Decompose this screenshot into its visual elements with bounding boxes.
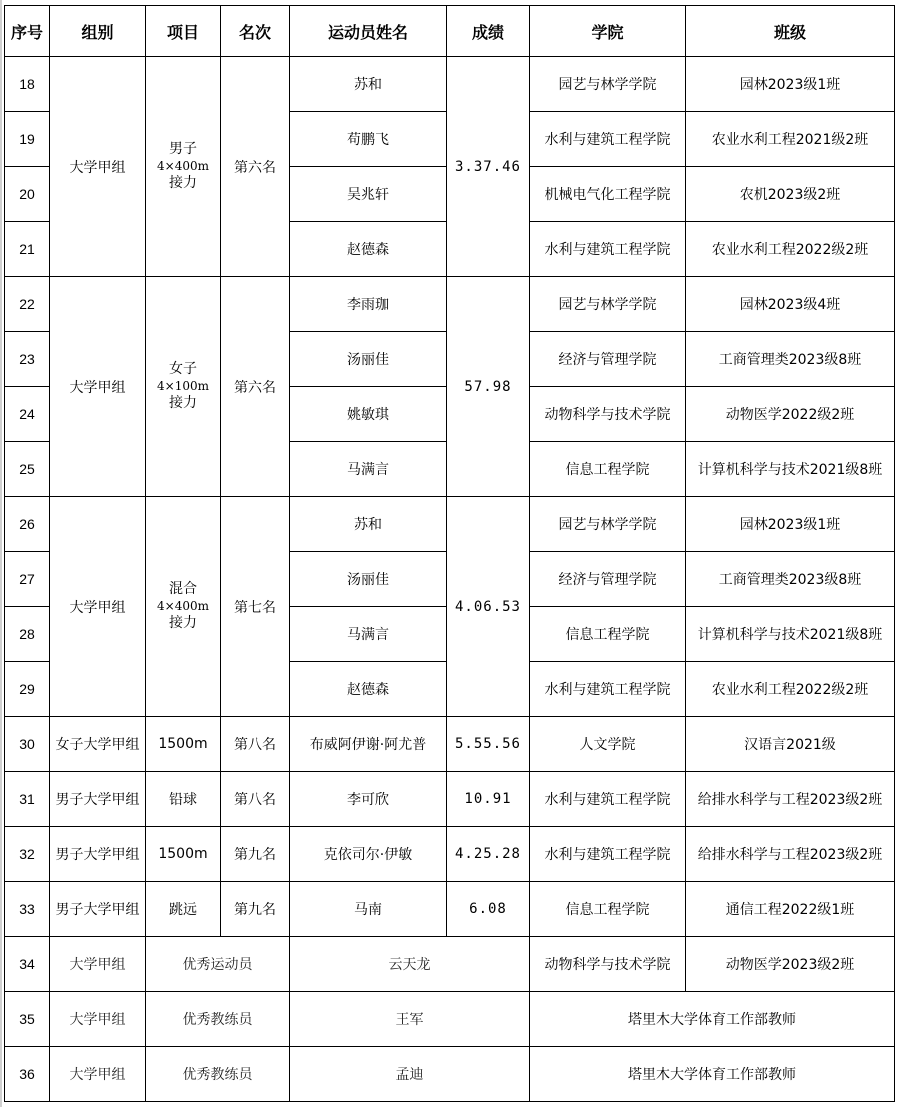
- row-index: 27: [5, 552, 50, 607]
- athlete-name: 马满言: [290, 442, 447, 497]
- row-index: 28: [5, 607, 50, 662]
- group-cell: 大学甲组: [50, 277, 146, 497]
- athlete-name: 汤丽佳: [290, 332, 447, 387]
- college-cell: 信息工程学院: [530, 882, 686, 937]
- header-index: 序号: [5, 6, 50, 57]
- table-row: 33 男子大学甲组 跳远 第九名 马南 6.08 信息工程学院 通信工程2022…: [5, 882, 895, 937]
- table-row: 35 大学甲组 优秀教练员 王军 塔里木大学体育工作部教师: [5, 992, 895, 1047]
- score-cell: 10.91: [447, 772, 530, 827]
- row-index: 20: [5, 167, 50, 222]
- affiliation-cell: 塔里木大学体育工作部教师: [530, 1047, 895, 1102]
- college-cell: 水利与建筑工程学院: [530, 662, 686, 717]
- class-cell: 给排水科学与工程2023级2班: [686, 772, 895, 827]
- class-cell: 动物医学2022级2班: [686, 387, 895, 442]
- rank-cell: 第九名: [221, 827, 290, 882]
- group-cell: 大学甲组: [50, 57, 146, 277]
- college-cell: 经济与管理学院: [530, 552, 686, 607]
- event-distance: 4×400m: [146, 158, 220, 175]
- header-class: 班级: [686, 6, 895, 57]
- table-row: 22 大学甲组 女子 4×100m 接力 第六名 李雨珈 57.98 园艺与林学…: [5, 277, 895, 332]
- college-cell: 水利与建筑工程学院: [530, 112, 686, 167]
- group-cell: 大学甲组: [50, 937, 146, 992]
- class-cell: 农业水利工程2022级2班: [686, 222, 895, 277]
- class-cell: 给排水科学与工程2023级2班: [686, 827, 895, 882]
- class-cell: 计算机科学与技术2021级8班: [686, 442, 895, 497]
- athlete-name: 赵德森: [290, 662, 447, 717]
- class-cell: 通信工程2022级1班: [686, 882, 895, 937]
- college-cell: 园艺与林学学院: [530, 277, 686, 332]
- row-index: 30: [5, 717, 50, 772]
- event-line: 接力: [146, 175, 220, 192]
- event-line: 接力: [146, 615, 220, 632]
- athlete-name: 苏和: [290, 497, 447, 552]
- class-cell: 园林2023级4班: [686, 277, 895, 332]
- college-cell: 动物科学与技术学院: [530, 937, 686, 992]
- event-line: 女子: [146, 361, 220, 378]
- college-cell: 园艺与林学学院: [530, 57, 686, 112]
- row-index: 31: [5, 772, 50, 827]
- athlete-name: 李雨珈: [290, 277, 447, 332]
- class-cell: 计算机科学与技术2021级8班: [686, 607, 895, 662]
- event-cell: 铅球: [146, 772, 221, 827]
- class-cell: 园林2023级1班: [686, 497, 895, 552]
- college-cell: 人文学院: [530, 717, 686, 772]
- class-cell: 园林2023级1班: [686, 57, 895, 112]
- rank-cell: 第九名: [221, 882, 290, 937]
- row-index: 24: [5, 387, 50, 442]
- class-cell: 农业水利工程2022级2班: [686, 662, 895, 717]
- header-row: 序号 组别 项目 名次 运动员姓名 成绩 学院 班级: [5, 6, 895, 57]
- class-cell: 汉语言2021级: [686, 717, 895, 772]
- athlete-name: 苟鹏飞: [290, 112, 447, 167]
- table-row: 32 男子大学甲组 1500m 第九名 克依司尔·伊敏 4.25.28 水利与建…: [5, 827, 895, 882]
- row-index: 22: [5, 277, 50, 332]
- table-row: 30 女子大学甲组 1500m 第八名 布威阿伊谢·阿尤普 5.55.56 人文…: [5, 717, 895, 772]
- table-row: 18 大学甲组 男子 4×400m 接力 第六名 苏和 3.37.46 园艺与林…: [5, 57, 895, 112]
- group-cell: 男子大学甲组: [50, 827, 146, 882]
- college-cell: 园艺与林学学院: [530, 497, 686, 552]
- class-cell: 动物医学2023级2班: [686, 937, 895, 992]
- athlete-name: 布威阿伊谢·阿尤普: [290, 717, 447, 772]
- group-cell: 大学甲组: [50, 1047, 146, 1102]
- college-cell: 水利与建筑工程学院: [530, 827, 686, 882]
- college-cell: 动物科学与技术学院: [530, 387, 686, 442]
- event-distance: 4×400m: [146, 598, 220, 615]
- header-athlete-name: 运动员姓名: [290, 6, 447, 57]
- event-cell: 跳远: [146, 882, 221, 937]
- score-cell: 4.25.28: [447, 827, 530, 882]
- rank-cell: 第七名: [221, 497, 290, 717]
- row-index: 32: [5, 827, 50, 882]
- row-index: 23: [5, 332, 50, 387]
- header-score: 成绩: [447, 6, 530, 57]
- row-index: 21: [5, 222, 50, 277]
- event-cell: 混合 4×400m 接力: [146, 497, 221, 717]
- athlete-name: 汤丽佳: [290, 552, 447, 607]
- row-index: 35: [5, 992, 50, 1047]
- honor-title-cell: 优秀运动员: [146, 937, 290, 992]
- athlete-name: 吴兆轩: [290, 167, 447, 222]
- athlete-name: 马满言: [290, 607, 447, 662]
- honoree-name: 王军: [290, 992, 530, 1047]
- rank-cell: 第六名: [221, 277, 290, 497]
- group-cell: 大学甲组: [50, 992, 146, 1047]
- college-cell: 经济与管理学院: [530, 332, 686, 387]
- row-index: 19: [5, 112, 50, 167]
- row-index: 33: [5, 882, 50, 937]
- row-index: 25: [5, 442, 50, 497]
- athlete-name: 马南: [290, 882, 447, 937]
- row-index: 36: [5, 1047, 50, 1102]
- honoree-name: 孟迪: [290, 1047, 530, 1102]
- rank-cell: 第六名: [221, 57, 290, 277]
- event-cell: 1500m: [146, 827, 221, 882]
- college-cell: 信息工程学院: [530, 442, 686, 497]
- row-index: 34: [5, 937, 50, 992]
- class-cell: 农业水利工程2021级2班: [686, 112, 895, 167]
- table-row: 36 大学甲组 优秀教练员 孟迪 塔里木大学体育工作部教师: [5, 1047, 895, 1102]
- class-cell: 工商管理类2023级8班: [686, 552, 895, 607]
- score-cell: 3.37.46: [447, 57, 530, 277]
- group-cell: 男子大学甲组: [50, 882, 146, 937]
- table-row: 34 大学甲组 优秀运动员 云天龙 动物科学与技术学院 动物医学2023级2班: [5, 937, 895, 992]
- affiliation-cell: 塔里木大学体育工作部教师: [530, 992, 895, 1047]
- event-line: 接力: [146, 395, 220, 412]
- header-rank: 名次: [221, 6, 290, 57]
- awards-table: 序号 组别 项目 名次 运动员姓名 成绩 学院 班级 18 大学甲组 男子 4×…: [4, 5, 895, 1102]
- table-row: 26 大学甲组 混合 4×400m 接力 第七名 苏和 4.06.53 园艺与林…: [5, 497, 895, 552]
- row-index: 18: [5, 57, 50, 112]
- event-cell: 女子 4×100m 接力: [146, 277, 221, 497]
- event-line: 混合: [146, 581, 220, 598]
- table-row: 31 男子大学甲组 铅球 第八名 李可欣 10.91 水利与建筑工程学院 给排水…: [5, 772, 895, 827]
- honor-title-cell: 优秀教练员: [146, 992, 290, 1047]
- class-cell: 工商管理类2023级8班: [686, 332, 895, 387]
- score-cell: 6.08: [447, 882, 530, 937]
- page-left-edge: [0, 0, 2, 1107]
- rank-cell: 第八名: [221, 717, 290, 772]
- event-line: 男子: [146, 141, 220, 158]
- event-cell: 男子 4×400m 接力: [146, 57, 221, 277]
- group-cell: 女子大学甲组: [50, 717, 146, 772]
- honor-title-cell: 优秀教练员: [146, 1047, 290, 1102]
- rank-cell: 第八名: [221, 772, 290, 827]
- group-cell: 大学甲组: [50, 497, 146, 717]
- college-cell: 信息工程学院: [530, 607, 686, 662]
- group-cell: 男子大学甲组: [50, 772, 146, 827]
- header-event: 项目: [146, 6, 221, 57]
- header-group: 组别: [50, 6, 146, 57]
- header-college: 学院: [530, 6, 686, 57]
- event-cell: 1500m: [146, 717, 221, 772]
- college-cell: 水利与建筑工程学院: [530, 772, 686, 827]
- score-cell: 5.55.56: [447, 717, 530, 772]
- athlete-name: 李可欣: [290, 772, 447, 827]
- athlete-name: 赵德森: [290, 222, 447, 277]
- row-index: 26: [5, 497, 50, 552]
- athlete-name: 姚敏琪: [290, 387, 447, 442]
- score-cell: 4.06.53: [447, 497, 530, 717]
- college-cell: 机械电气化工程学院: [530, 167, 686, 222]
- score-cell: 57.98: [447, 277, 530, 497]
- row-index: 29: [5, 662, 50, 717]
- class-cell: 农机2023级2班: [686, 167, 895, 222]
- athlete-name: 苏和: [290, 57, 447, 112]
- athlete-name: 克依司尔·伊敏: [290, 827, 447, 882]
- honoree-name: 云天龙: [290, 937, 530, 992]
- college-cell: 水利与建筑工程学院: [530, 222, 686, 277]
- event-distance: 4×100m: [146, 378, 220, 395]
